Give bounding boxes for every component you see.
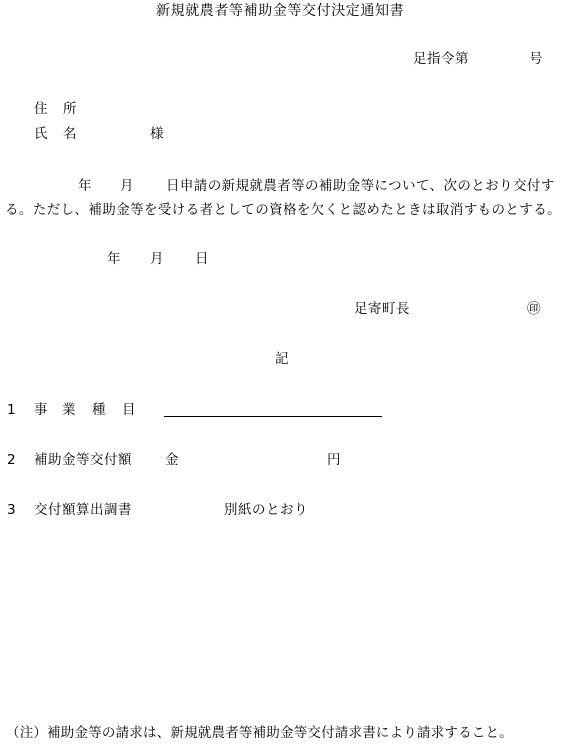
- document-title: 新規就農者等補助金等交付決定通知書: [156, 3, 404, 19]
- amount-suffix: 円: [327, 452, 341, 468]
- item-label-char: 目: [122, 402, 136, 418]
- item-label-char: 業: [62, 402, 76, 418]
- footnote: （注）補助金等の請求は、新規就農者等補助金等交付請求書により請求すること。: [6, 725, 513, 741]
- item-label: 交付額算出調書: [34, 502, 132, 518]
- address-label-char-1: 住: [34, 101, 48, 117]
- item-label: 補助金等交付額: [34, 452, 132, 468]
- body-line-2: る。ただし、補助金等を受ける者としての資格を欠くと認めたときは取消すものとする。: [5, 202, 561, 218]
- issue-year-label: 年: [107, 251, 121, 267]
- item-value: 別紙のとおり: [224, 502, 308, 518]
- reference-prefix: 足指令第: [413, 51, 469, 67]
- issuer-name: 足寄町長: [354, 301, 410, 317]
- item-number: 2: [7, 452, 16, 468]
- body-line-1: 日申請の新規就農者等の補助金等について、次のとおり交付す: [166, 178, 555, 194]
- honorific: 様: [150, 126, 164, 142]
- address-label-char-2: 所: [63, 101, 77, 117]
- name-label-char-1: 氏: [34, 126, 48, 142]
- application-year-label: 年: [78, 178, 92, 194]
- reference-suffix: 号: [529, 51, 543, 67]
- seal-icon: ㊞: [527, 301, 541, 317]
- ki-heading: 記: [275, 351, 289, 367]
- issue-day-label: 日: [195, 251, 209, 267]
- amount-prefix: 金: [165, 452, 179, 468]
- name-label-char-2: 名: [63, 126, 77, 142]
- item-label-char: 事: [34, 402, 48, 418]
- item-number: 1: [7, 402, 16, 418]
- item-label-char: 種: [92, 402, 106, 418]
- issue-month-label: 月: [150, 251, 164, 267]
- item-number: 3: [7, 502, 16, 518]
- business-type-underline: [164, 416, 382, 417]
- application-month-label: 月: [120, 178, 134, 194]
